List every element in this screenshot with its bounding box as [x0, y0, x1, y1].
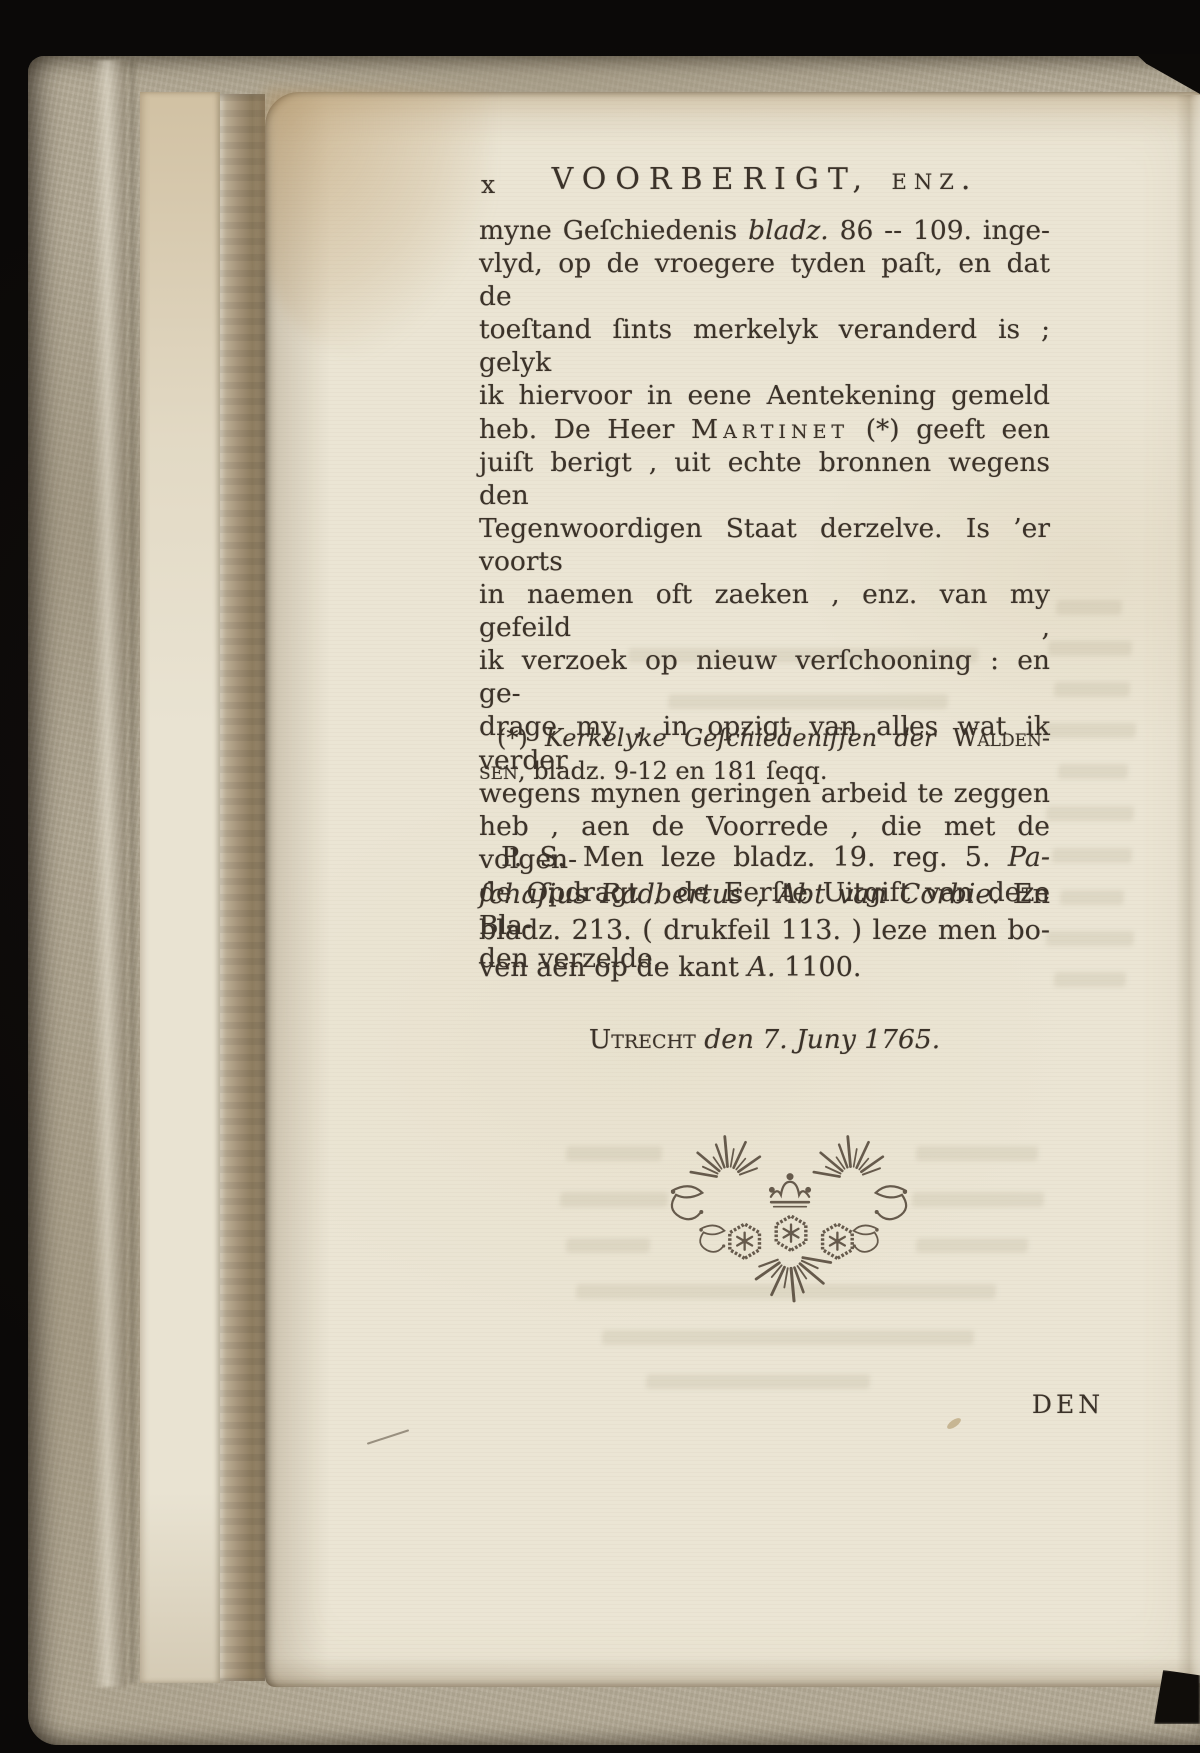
footnote: (*) Kerkelyke Geſchiedeniſſen der Walden… [479, 722, 1050, 788]
postscript-line: P. S. Men leze bladz. 19. reg. 5. Pa- [479, 840, 1050, 877]
body-text: heb. De Heer [479, 414, 691, 445]
ps-text: 1100. [776, 952, 862, 983]
running-title-suffix: enz. [892, 162, 978, 197]
body-text: 86 -- 109. inge- [829, 215, 1050, 246]
show-through-mark [1056, 600, 1123, 615]
show-through-mark [1060, 890, 1125, 905]
postscript: P. S. Men leze bladz. 19. reg. 5. Pa- ſc… [479, 840, 1050, 986]
ps-text: ven aen op de kant [479, 952, 748, 983]
show-through-mark [1046, 806, 1135, 821]
footnote-line: sen, bladz. 9-12 en 181 ſeqq. [479, 755, 1050, 788]
spine-crease [92, 60, 126, 1687]
body-text: (*) geeft een [849, 414, 1050, 445]
show-through-mark [566, 1238, 651, 1253]
ps-text-italic: Pa- [1008, 842, 1050, 873]
body-text: myne Geſchiedenis [479, 215, 748, 246]
ps-text-italic: Abt van Corbie. [777, 879, 1000, 910]
footnote-text-italic: Kerkelyke Geſchiedeniſſen der [545, 724, 953, 752]
running-title-main: VOORBERIGT, [552, 162, 871, 197]
spine-crease-shadow [130, 60, 138, 1683]
show-through-mark [566, 1146, 663, 1161]
body-text-italic: bladz. [748, 215, 829, 246]
ps-text: P. S. Men leze bladz. 19. reg. 5. [501, 842, 1008, 873]
ps-text: , [743, 879, 777, 910]
body-line: myne Geſchiedenis bladz. 86 -- 109. inge… [479, 214, 1050, 247]
body-line: toeſtand ſints merkelyk veranderd is ; g… [479, 313, 1050, 379]
show-through-mark [646, 1374, 871, 1389]
body-line: Tegenwoordigen Staat derzelve. Is ’er vo… [479, 512, 1050, 578]
show-through-mark [912, 1192, 1045, 1207]
body-line: vlyd, op de vroegere tyden paſt, en dat … [479, 247, 1050, 313]
dateline: Utrecht den 7. Juny 1765. [479, 1024, 1050, 1055]
show-through-mark [1054, 682, 1131, 697]
footnote-text-smallcaps: Walden- [953, 724, 1050, 752]
ps-text-italic: A. [748, 952, 776, 983]
show-through-mark [916, 1146, 1039, 1161]
show-through-mark [1054, 972, 1127, 987]
body-text-smallcaps: Martinet [691, 414, 849, 445]
printer-ornament-icon [666, 1120, 912, 1312]
body-line: ik hiervoor in eene Aentekening gemeld [479, 379, 1050, 412]
flyleaf-page-edge [140, 92, 220, 1683]
body-line: in naemen oft zaeken , enz. van my gefei… [479, 578, 1050, 644]
footnote-line: (*) Kerkelyke Geſchiedeniſſen der Walden… [479, 722, 1050, 755]
show-through-mark [1048, 641, 1133, 656]
show-through-mark [1052, 848, 1133, 863]
ps-text-italic: ſchaſius Radbertus [479, 879, 743, 910]
page-header: x VOORBERIGT, enz. [479, 162, 1050, 202]
show-through-mark [916, 1238, 1029, 1253]
ps-text: En [1000, 879, 1050, 910]
show-through-mark [1058, 764, 1129, 779]
footnote-text: , bladz. 9-12 en 181 ſeqq. [518, 757, 828, 785]
postscript-line: ſchaſius Radbertus , Abt van Corbie. En [479, 877, 1050, 914]
page-right-crease [1176, 95, 1200, 1683]
body-line: ik verzoek op nieuw verſchooning : en ge… [479, 644, 1050, 710]
catchword: DEN [1012, 1390, 1124, 1419]
body-line: heb. De Heer Martinet (*) geeft een [479, 413, 1050, 446]
postscript-line: bladz. 213. ( drukfeil 113. ) leze men b… [479, 913, 1050, 950]
show-through-mark [560, 1192, 669, 1207]
show-through-mark [1042, 723, 1137, 738]
dateline-date: den 7. Juny 1765. [696, 1024, 940, 1055]
stained-page-edge [220, 94, 265, 1681]
footnote-text-smallcaps: sen [479, 757, 518, 785]
postscript-line: ven aen op de kant A. 1100. [479, 950, 1050, 987]
body-line: juiſt berigt , uit echte bronnen wegens … [479, 446, 1050, 512]
show-through-mark [1046, 931, 1135, 946]
footnote-marker: (*) [497, 724, 545, 752]
running-title: VOORBERIGT, enz. [479, 162, 1050, 197]
photo-of-book-page: x VOORBERIGT, enz. myne Geſchiedenis bla… [0, 0, 1200, 1753]
dateline-place: Utrecht [589, 1024, 696, 1055]
show-through-mark [602, 1330, 975, 1345]
